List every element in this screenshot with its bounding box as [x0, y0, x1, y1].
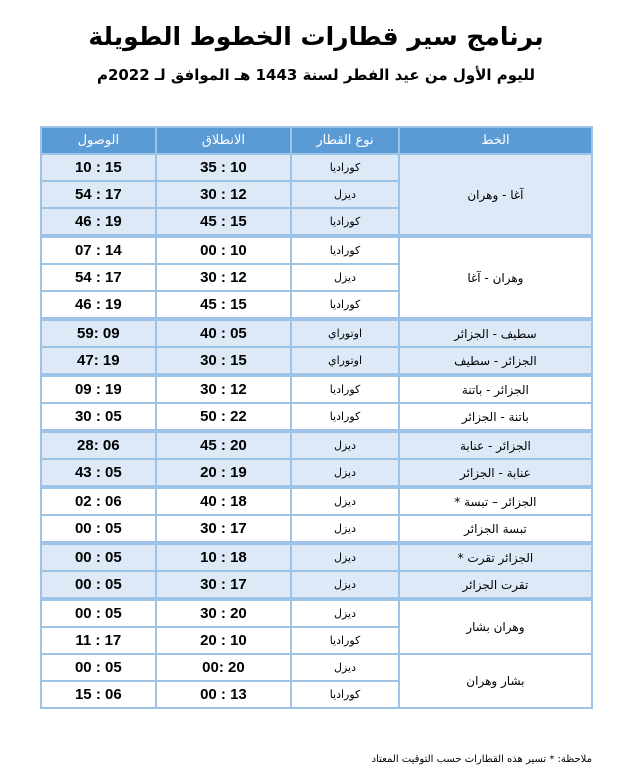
table-row: عنابة - الجزائر ديزل 19 : 20 05 : 43 [41, 459, 592, 487]
departure-cell: 15 : 30 [156, 347, 292, 375]
departure-cell: 17 : 30 [156, 515, 292, 543]
departure-cell: 10 : 35 [156, 154, 292, 181]
table-header-row: الخط نوع القطار الانطلاق الوصول [41, 127, 592, 154]
train-schedule-table: الخط نوع القطار الانطلاق الوصول آغا - وه… [40, 126, 593, 709]
departure-cell: 15 : 45 [156, 291, 292, 319]
arrival-cell: 05 : 00 [41, 515, 156, 543]
train-type-cell: ديزل [291, 515, 399, 543]
arrival-cell: 05 : 43 [41, 459, 156, 487]
table-row: تبسة الجزائر ديزل 17 : 30 05 : 00 [41, 515, 592, 543]
departure-cell: 10 : 00 [156, 236, 292, 264]
line-cell: الجزائر - باتنة [399, 375, 592, 403]
train-type-cell: كوراديا [291, 403, 399, 431]
departure-cell: 18 : 40 [156, 487, 292, 515]
train-type-cell: كوراديا [291, 154, 399, 181]
train-type-cell: كوراديا [291, 208, 399, 236]
departure-cell: 12 : 30 [156, 264, 292, 291]
line-cell: الجزائر - سطيف [399, 347, 592, 375]
line-cell: باتنة - الجزائر [399, 403, 592, 431]
header-train-type: نوع القطار [291, 127, 399, 154]
arrival-cell: 05 : 00 [41, 654, 156, 681]
table-row: وهران بشار ديزل 20 : 30 05 : 00 [41, 599, 592, 627]
arrival-cell: 19 : 09 [41, 375, 156, 403]
train-type-cell: كوراديا [291, 627, 399, 654]
table-row: الجزائر - باتنة كوراديا 12 : 30 19 : 09 [41, 375, 592, 403]
line-cell: تقرت الجزائر [399, 571, 592, 599]
line-cell: سطيف - الجزائر [399, 319, 592, 347]
header-departure: الانطلاق [156, 127, 292, 154]
table-row: تقرت الجزائر ديزل 17 : 30 05 : 00 [41, 571, 592, 599]
train-type-cell: كوراديا [291, 291, 399, 319]
departure-cell: 20 : 45 [156, 431, 292, 459]
arrival-cell: 06 : 15 [41, 681, 156, 708]
train-type-cell: اوتوراي [291, 347, 399, 375]
train-type-cell: كوراديا [291, 236, 399, 264]
arrival-cell: 05 : 00 [41, 599, 156, 627]
arrival-cell: 19 : 46 [41, 291, 156, 319]
header-line: الخط [399, 127, 592, 154]
departure-cell: 13 : 00 [156, 681, 292, 708]
train-type-cell: كوراديا [291, 375, 399, 403]
line-cell: الجزائر – تبسة * [399, 487, 592, 515]
departure-cell: 22 : 50 [156, 403, 292, 431]
arrival-cell: 05 : 00 [41, 571, 156, 599]
arrival-cell: 06 : 02 [41, 487, 156, 515]
table-row: الجزائر - عنابة ديزل 20 : 45 06 :28 [41, 431, 592, 459]
departure-cell: 12 : 30 [156, 181, 292, 208]
train-type-cell: ديزل [291, 264, 399, 291]
departure-cell: 20 :00 [156, 654, 292, 681]
arrival-cell: 15 : 10 [41, 154, 156, 181]
page-title: برنامج سير قطارات الخطوط الطويلة [0, 22, 632, 51]
arrival-cell: 17 : 54 [41, 264, 156, 291]
table-row: بشار وهران ديزل 20 :00 05 : 00 [41, 654, 592, 681]
arrival-cell: 19 :47 [41, 347, 156, 375]
train-type-cell: ديزل [291, 654, 399, 681]
line-cell: الجزائر - عنابة [399, 431, 592, 459]
arrival-cell: 05 : 00 [41, 543, 156, 571]
train-type-cell: ديزل [291, 459, 399, 487]
line-cell: وهران - آغا [399, 236, 592, 319]
departure-cell: 12 : 30 [156, 375, 292, 403]
table-row: باتنة - الجزائر كوراديا 22 : 50 05 : 30 [41, 403, 592, 431]
line-cell: بشار وهران [399, 654, 592, 708]
train-type-cell: ديزل [291, 181, 399, 208]
arrival-cell: 05 : 30 [41, 403, 156, 431]
table-row: الجزائر تقرت * ديزل 18 : 10 05 : 00 [41, 543, 592, 571]
train-type-cell: ديزل [291, 487, 399, 515]
arrival-cell: 06 :28 [41, 431, 156, 459]
train-type-cell: ديزل [291, 571, 399, 599]
arrival-cell: 17 : 11 [41, 627, 156, 654]
line-cell: آغا - وهران [399, 154, 592, 236]
table-row: الجزائر - سطيف اوتوراي 15 : 30 19 :47 [41, 347, 592, 375]
arrival-cell: 17 : 54 [41, 181, 156, 208]
departure-cell: 15 : 45 [156, 208, 292, 236]
train-type-cell: كوراديا [291, 681, 399, 708]
departure-cell: 05 : 40 [156, 319, 292, 347]
table-row: سطيف - الجزائر اوتوراي 05 : 40 09 :59 [41, 319, 592, 347]
train-type-cell: اوتوراي [291, 319, 399, 347]
table-row: آغا - وهران كوراديا 10 : 35 15 : 10 [41, 154, 592, 181]
line-cell: وهران بشار [399, 599, 592, 654]
departure-cell: 18 : 10 [156, 543, 292, 571]
train-type-cell: ديزل [291, 599, 399, 627]
departure-cell: 10 : 20 [156, 627, 292, 654]
departure-cell: 17 : 30 [156, 571, 292, 599]
line-cell: عنابة - الجزائر [399, 459, 592, 487]
table-row: وهران - آغا كوراديا 10 : 00 14 : 07 [41, 236, 592, 264]
table-row: الجزائر – تبسة * ديزل 18 : 40 06 : 02 [41, 487, 592, 515]
arrival-cell: 14 : 07 [41, 236, 156, 264]
line-cell: تبسة الجزائر [399, 515, 592, 543]
page-subtitle: لليوم الأول من عيد الفطر لسنة 1443 هـ ال… [0, 66, 632, 84]
train-type-cell: ديزل [291, 431, 399, 459]
arrival-cell: 19 : 46 [41, 208, 156, 236]
departure-cell: 20 : 30 [156, 599, 292, 627]
footnote: ملاحظة: * تسير هذه القطارات حسب التوقيت … [372, 754, 592, 765]
line-cell: الجزائر تقرت * [399, 543, 592, 571]
departure-cell: 19 : 20 [156, 459, 292, 487]
arrival-cell: 09 :59 [41, 319, 156, 347]
header-arrival: الوصول [41, 127, 156, 154]
train-type-cell: ديزل [291, 543, 399, 571]
